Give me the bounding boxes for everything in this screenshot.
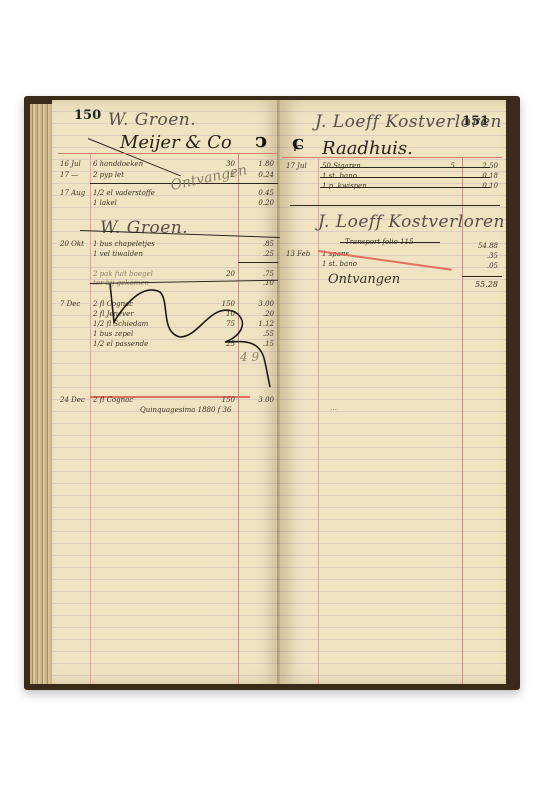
right-header: Raadhuis.: [322, 138, 413, 159]
strike-line: [320, 177, 490, 178]
left-header-rule: [58, 153, 278, 154]
entry-date: 17 Jul: [286, 162, 307, 170]
section-name: J. Loeff Kostverloren: [318, 212, 505, 232]
entry-desc: 1/2 el vaderstoffe: [93, 189, 155, 197]
entry-amount: 0.24: [246, 171, 274, 179]
entry-date: 17 —: [60, 171, 78, 179]
entry-desc: 2 fl Cognac: [93, 396, 133, 404]
entry-desc: 1 bus chapeletjes: [93, 240, 155, 248]
left-page: [52, 100, 280, 684]
entry-desc: 1 lakel: [93, 199, 117, 207]
rule-line: [238, 262, 278, 263]
entry-desc: 2 pyp let: [93, 171, 124, 179]
entry-amount: .35: [470, 252, 498, 260]
entry-date: 17 Aug: [60, 189, 85, 197]
entry-date: 20 Okt: [60, 240, 84, 248]
ink-blot: ɕ: [292, 130, 304, 154]
entry-desc: 1 p. kwispen: [322, 182, 367, 190]
entry-amount: 0.18: [470, 172, 498, 180]
entry-desc: 1 st. bano: [322, 260, 357, 268]
entry-desc: 50 Sigaren: [322, 162, 361, 170]
entry-date: 7 Dec: [60, 300, 80, 308]
entry-amount: .85: [246, 240, 274, 248]
left-date-column-line: [90, 153, 91, 684]
left-header-crossed: Meijer & Co: [120, 132, 232, 153]
rule-line: [290, 205, 500, 206]
left-header-name: W. Groen.: [108, 110, 196, 130]
strike-line: [320, 167, 490, 168]
entry-amount: 2.50: [470, 162, 498, 170]
entry-desc: 6 handdoeken: [93, 160, 143, 168]
entry-amount: 3.00: [246, 396, 274, 404]
entry-amount: .25: [246, 250, 274, 258]
left-page-number: 150: [74, 108, 101, 123]
entry-desc: 1 st. bano: [322, 172, 357, 180]
entry-qty: 20: [210, 270, 235, 278]
signature: Ontvangen: [328, 272, 400, 287]
entry-amount: 0.20: [246, 199, 274, 207]
entry-amount: 0.45: [246, 189, 274, 197]
entry-amount: 54.88: [470, 242, 498, 250]
entry-qty: 5: [430, 162, 455, 170]
faint-note: …: [330, 404, 337, 412]
entry-date: 24 Dec: [60, 396, 85, 404]
strike-line: [340, 242, 440, 243]
right-amount-column-line: [462, 157, 463, 684]
entry-desc: 2 pak fuit boegel: [93, 270, 153, 278]
margin-note: Quinquagesima 1880 f 36: [140, 406, 231, 414]
entry-date: 16 Jul: [60, 160, 81, 168]
total-rule: [462, 276, 502, 277]
page-edges: [30, 104, 52, 684]
entry-date: 13 Feb: [286, 250, 310, 258]
total-amount: 55.28: [470, 280, 498, 289]
entry-qty: 150: [210, 396, 235, 404]
right-header-name: J. Loeff Kostverloren: [315, 112, 502, 132]
entry-amount: 1.80: [246, 160, 274, 168]
entry-desc: 1 vel tiwalden: [93, 250, 143, 258]
entry-amount: .75: [246, 270, 274, 278]
right-header-rule: [282, 157, 502, 158]
section-name: W. Groen.: [100, 218, 188, 238]
faint-numbers: 4 9: [240, 350, 259, 364]
ink-blot: ↄ: [255, 128, 267, 152]
entry-amount: 0.10: [470, 182, 498, 190]
cancel-scribble: [100, 282, 280, 392]
entry-amount: .05: [470, 262, 498, 270]
left-amount-column-line: [238, 153, 239, 684]
right-date-column-line: [318, 157, 319, 684]
strike-line: [320, 187, 490, 188]
